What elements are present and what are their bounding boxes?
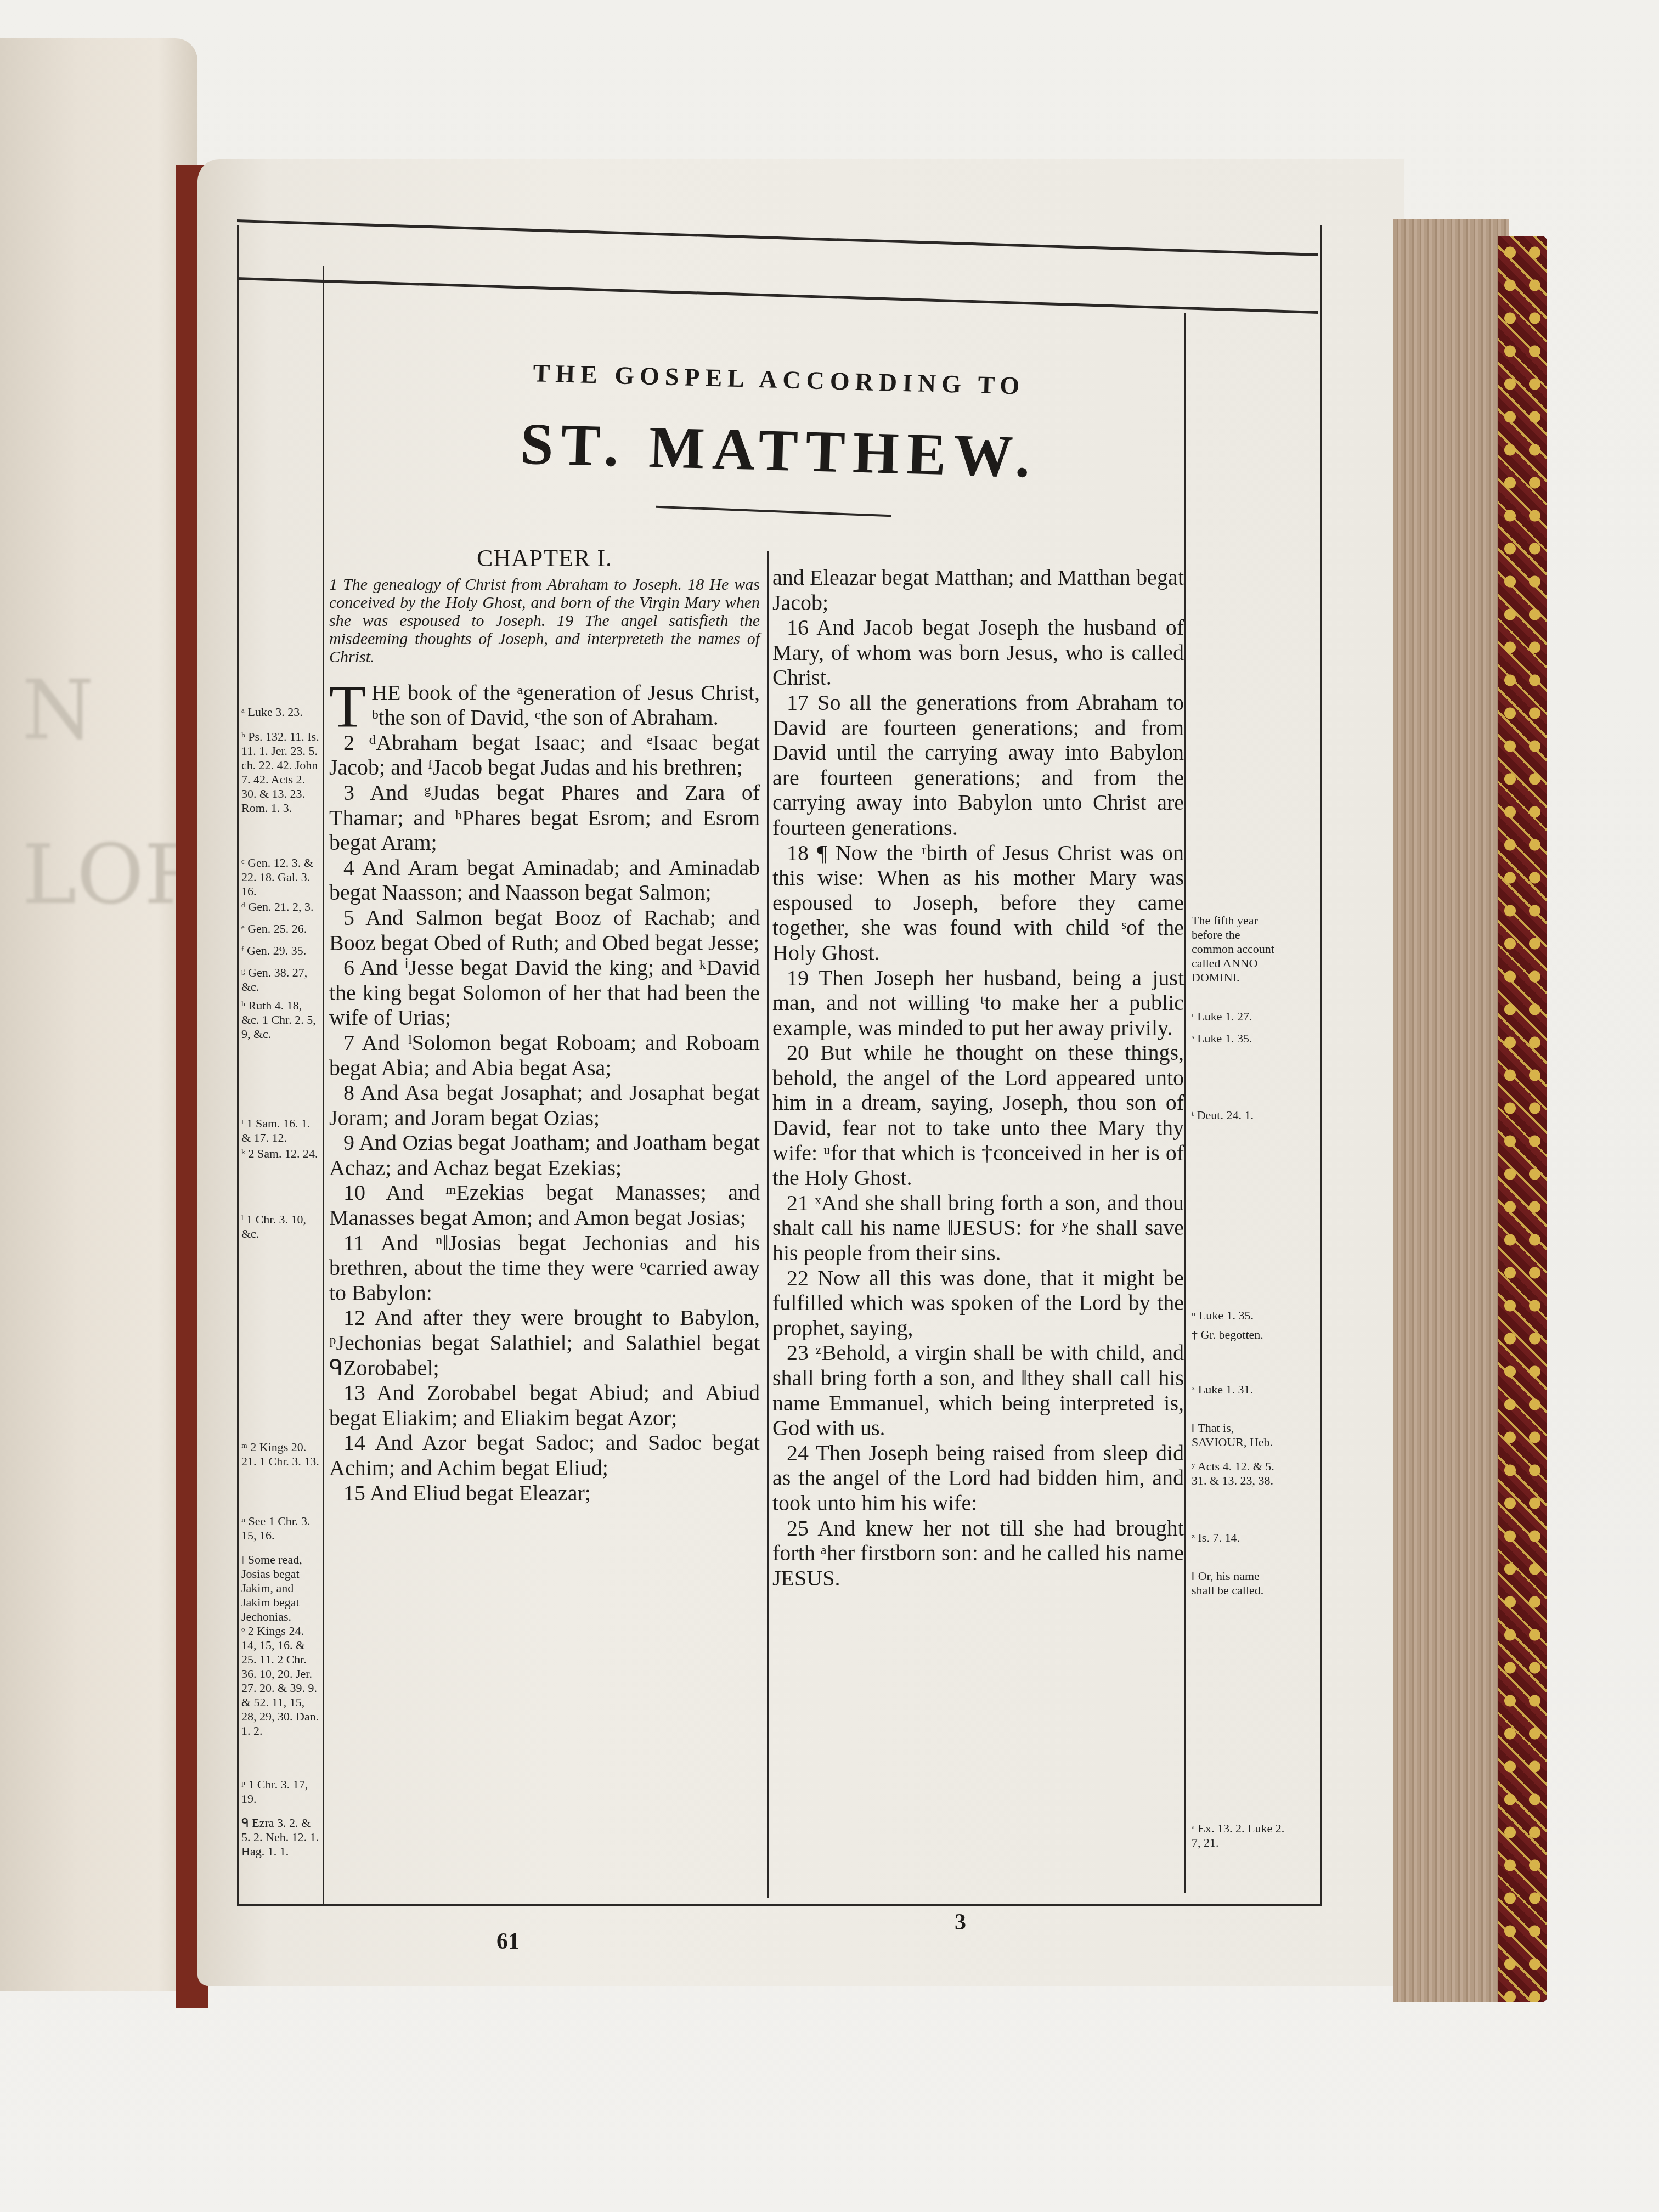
verse-text: And ᵍJudas begat Phares and Zara of Tham… bbox=[329, 780, 760, 855]
verse: 4 And Aram begat Aminadab; and Aminadab … bbox=[329, 855, 760, 905]
verse-number: 10 bbox=[343, 1180, 386, 1205]
verse: 25 And knew her not till she had brought… bbox=[772, 1516, 1184, 1591]
cross-reference: ᵗ Deut. 24. 1. bbox=[1192, 1108, 1285, 1122]
verse-number: 20 bbox=[787, 1040, 820, 1065]
verse: 24 Then Joseph being raised from sleep d… bbox=[772, 1441, 1184, 1516]
verse-text: And ⁿ‖Josias begat Jechonias and his bre… bbox=[329, 1231, 760, 1305]
verse-text: And Salmon begat Booz of Rachab; and Boo… bbox=[329, 905, 760, 955]
cross-reference: ⁱ 1 Sam. 16. 1. & 17. 12. bbox=[241, 1116, 321, 1145]
verse-number: 11 bbox=[343, 1231, 381, 1255]
verse-text: and Eleazar begat Matthan; and Matthan b… bbox=[772, 565, 1184, 615]
cross-reference: ⁿ See 1 Chr. 3. 15, 16. bbox=[241, 1514, 321, 1543]
verse-text: And knew her not till she had brought fo… bbox=[772, 1516, 1184, 1590]
cross-reference: ᵃ Luke 3. 23. bbox=[241, 705, 321, 719]
verse-number: 5 bbox=[343, 905, 365, 930]
chapter-heading: CHAPTER I. bbox=[329, 546, 760, 571]
faded-facing-text: NLORD bbox=[22, 669, 187, 916]
cross-reference: † Gr. begotten. bbox=[1192, 1328, 1285, 1342]
cross-reference: ᵖ 1 Chr. 3. 17, 19. bbox=[241, 1778, 321, 1806]
left-margin-rule bbox=[323, 266, 324, 1904]
verse-text: And after they were brought to Babylon, … bbox=[329, 1305, 760, 1380]
verse-number: 2 bbox=[343, 730, 369, 755]
verse-number: 23 bbox=[787, 1340, 816, 1365]
cross-reference: ˢ Luke 1. 35. bbox=[1192, 1031, 1285, 1046]
verse: 22 Now all this was done, that it might … bbox=[772, 1266, 1184, 1341]
verse-number: 17 bbox=[787, 690, 817, 715]
cross-reference: The fifth year before the common account… bbox=[1192, 913, 1285, 985]
verse: 16 And Jacob begat Joseph the husband of… bbox=[772, 615, 1184, 690]
cross-reference: ᵐ 2 Kings 20. 21. 1 Chr. 3. 13. bbox=[241, 1440, 321, 1469]
page-number-left: 61 bbox=[496, 1928, 520, 1955]
verse-text: And ˡSolomon begat Roboam; and Roboam be… bbox=[329, 1030, 760, 1080]
drop-cap: T bbox=[329, 684, 366, 730]
verse-text: And ⁱJesse begat David the king; and ᵏDa… bbox=[329, 955, 760, 1030]
verse-number: 12 bbox=[343, 1305, 375, 1330]
verse: 5 And Salmon begat Booz of Rachab; and B… bbox=[329, 905, 760, 955]
verse: 23 ᶻBehold, a virgin shall be with child… bbox=[772, 1340, 1184, 1440]
verse: 17 So all the generations from Abraham t… bbox=[772, 690, 1184, 840]
cross-reference: ˣ Luke 1. 31. bbox=[1192, 1383, 1285, 1397]
verse-number: 19 bbox=[787, 966, 819, 990]
cross-reference: ʳ Luke 1. 27. bbox=[1192, 1009, 1285, 1024]
verse: 11 And ⁿ‖Josias begat Jechonias and his … bbox=[329, 1231, 760, 1306]
verse-number: 18 bbox=[787, 840, 817, 865]
cross-reference: ‖ Some read, Josias begat Jakim, and Jak… bbox=[241, 1553, 321, 1624]
cross-reference: ᵈ Gen. 21. 2, 3. bbox=[241, 900, 321, 914]
left-text-column: CHAPTER I. 1 The genealogy of Christ fro… bbox=[329, 546, 760, 1505]
cross-reference: ᵍ Gen. 38. 27, &c. bbox=[241, 966, 321, 994]
cross-reference: ᵘ Luke 1. 35. bbox=[1192, 1308, 1285, 1323]
verse-text: And ᵐEzekias begat Manasses; and Manasse… bbox=[329, 1180, 760, 1230]
cross-reference: ᶻ Is. 7. 14. bbox=[1192, 1531, 1285, 1545]
verse-list-right: and Eleazar begat Matthan; and Matthan b… bbox=[772, 565, 1184, 1590]
verse: and Eleazar begat Matthan; and Matthan b… bbox=[772, 565, 1184, 615]
verse-number: 8 bbox=[343, 1080, 360, 1105]
verse-text: ᶻBehold, a virgin shall be with child, a… bbox=[772, 1340, 1184, 1440]
page-number-right: 3 bbox=[955, 1909, 966, 1936]
cross-reference: ᶜ Gen. 12. 3. & 22. 18. Gal. 3. 16. bbox=[241, 856, 321, 899]
verse-text: Then Joseph her husband, being a just ma… bbox=[772, 966, 1184, 1040]
verse-list-left: THE book of the ᵃgeneration of Jesus Chr… bbox=[329, 680, 760, 1506]
verse-text: HE book of the ᵃgeneration of Jesus Chri… bbox=[371, 680, 760, 730]
cross-reference: ᵉ Gen. 25. 26. bbox=[241, 922, 321, 936]
verse-text: And Eliud begat Eleazar; bbox=[370, 1481, 591, 1505]
verse-number: 24 bbox=[787, 1441, 816, 1465]
cross-reference: ‖ That is, SAVIOUR, Heb. bbox=[1192, 1421, 1285, 1449]
chapter-summary: 1 The genealogy of Christ from Abraham t… bbox=[329, 575, 760, 666]
verse: 9 And Ozias begat Joatham; and Joatham b… bbox=[329, 1130, 760, 1180]
verse: 6 And ⁱJesse begat David the king; and ᵏ… bbox=[329, 955, 760, 1030]
cross-reference: ᵃ Ex. 13. 2. Luke 2. 7, 21. bbox=[1192, 1821, 1285, 1850]
verse-number: 13 bbox=[343, 1380, 377, 1405]
cross-reference: ‖ Or, his name shall be called. bbox=[1192, 1569, 1285, 1598]
verse-text: And Azor begat Sadoc; and Sadoc begat Ac… bbox=[329, 1430, 760, 1480]
verse-text: And Asa begat Josaphat; and Josaphat beg… bbox=[329, 1080, 760, 1130]
verse: 20 But while he thought on these things,… bbox=[772, 1040, 1184, 1190]
cross-reference: ˡ 1 Chr. 3. 10, &c. bbox=[241, 1212, 321, 1241]
verse: 13 And Zorobabel begat Abiud; and Abiud … bbox=[329, 1380, 760, 1430]
verse-text: Now all this was done, that it might be … bbox=[772, 1266, 1184, 1340]
verse-text: And Zorobabel begat Abiud; and Abiud beg… bbox=[329, 1380, 760, 1430]
verse-text: And Jacob begat Joseph the husband of Ma… bbox=[772, 615, 1184, 690]
verse-text: ¶ Now the ʳbirth of Jesus Christ was on … bbox=[772, 840, 1184, 965]
verse-number: 16 bbox=[787, 615, 816, 640]
cross-reference: ᶠ Gen. 29. 35. bbox=[241, 944, 321, 958]
cross-reference: ᵏ 2 Sam. 12. 24. bbox=[241, 1147, 321, 1161]
verse: 12 And after they were brought to Babylo… bbox=[329, 1305, 760, 1380]
verse: 14 And Azor begat Sadoc; and Sadoc begat… bbox=[329, 1430, 760, 1480]
verse-text: So all the generations from Abraham to D… bbox=[772, 690, 1184, 840]
verse-number: 7 bbox=[343, 1030, 362, 1055]
cross-reference: ᑫ Ezra 3. 2. & 5. 2. Neh. 12. 1. Hag. 1.… bbox=[241, 1816, 321, 1859]
verse-number: 22 bbox=[787, 1266, 817, 1290]
facing-left-page: NLORD bbox=[0, 38, 198, 1991]
verse-number: 14 bbox=[343, 1430, 375, 1455]
verse-number: 15 bbox=[343, 1481, 370, 1505]
cross-reference: ʸ Acts 4. 12. & 5. 31. & 13. 23, 38. bbox=[1192, 1459, 1285, 1488]
verse-number: 25 bbox=[787, 1516, 817, 1541]
verse: 7 And ˡSolomon begat Roboam; and Roboam … bbox=[329, 1030, 760, 1080]
verse-text: ᵈAbraham begat Isaac; and ᵉIsaac begat J… bbox=[329, 730, 760, 780]
verse-number: 3 bbox=[343, 780, 370, 805]
verse: 2 ᵈAbraham begat Isaac; and ᵉIsaac begat… bbox=[329, 730, 760, 780]
verse-number: 6 bbox=[343, 955, 360, 980]
cross-reference: ᵒ 2 Kings 24. 14, 15, 16. & 25. 11. 2 Ch… bbox=[241, 1624, 321, 1738]
verse: 15 And Eliud begat Eleazar; bbox=[329, 1481, 760, 1506]
right-margin-rule bbox=[1184, 313, 1186, 1893]
cross-reference: ᵇ Ps. 132. 11. Is. 11. 1. Jer. 23. 5. ch… bbox=[241, 730, 321, 815]
verse: 19 Then Joseph her husband, being a just… bbox=[772, 966, 1184, 1041]
verse-number: 21 bbox=[787, 1190, 815, 1215]
column-divider bbox=[767, 551, 769, 1898]
verse: THE book of the ᵃgeneration of Jesus Chr… bbox=[329, 680, 760, 730]
gilt-cover-edge bbox=[1498, 236, 1547, 2002]
verse: 8 And Asa begat Josaphat; and Josaphat b… bbox=[329, 1080, 760, 1130]
verse: 21 ˣAnd she shall bring forth a son, and… bbox=[772, 1190, 1184, 1266]
verse: 3 And ᵍJudas begat Phares and Zara of Th… bbox=[329, 780, 760, 855]
verse-text: Then Joseph being raised from sleep did … bbox=[772, 1441, 1184, 1515]
right-text-column: and Eleazar begat Matthan; and Matthan b… bbox=[772, 565, 1184, 1590]
verse-text: And Ozias begat Joatham; and Joatham beg… bbox=[329, 1130, 760, 1180]
verse-text: ˣAnd she shall bring forth a son, and th… bbox=[772, 1190, 1184, 1265]
page-edges bbox=[1393, 219, 1509, 2002]
verse: 10 And ᵐEzekias begat Manasses; and Mana… bbox=[329, 1180, 760, 1230]
verse-text: But while he thought on these things, be… bbox=[772, 1040, 1184, 1190]
cross-reference: ʰ Ruth 4. 18, &c. 1 Chr. 2. 5, 9, &c. bbox=[241, 998, 321, 1041]
verse-number: 4 bbox=[343, 855, 362, 880]
verse-number: 9 bbox=[343, 1130, 359, 1155]
verse: 18 ¶ Now the ʳbirth of Jesus Christ was … bbox=[772, 840, 1184, 966]
verse-text: And Aram begat Aminadab; and Aminadab be… bbox=[329, 855, 760, 905]
